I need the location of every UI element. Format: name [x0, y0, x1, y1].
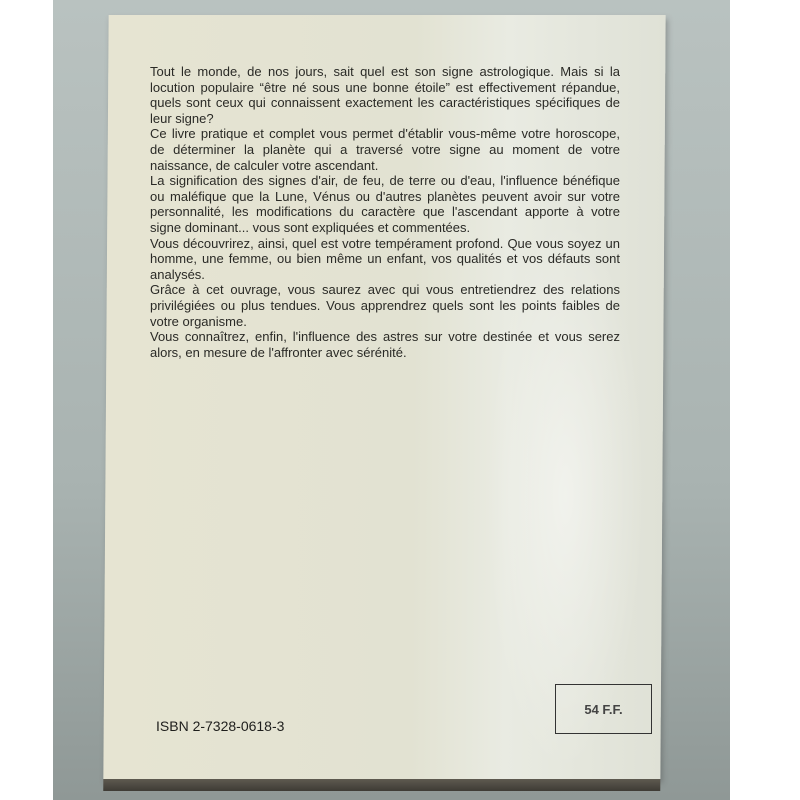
blurb-paragraph: Tout le monde, de nos jours, sait quel e… — [150, 64, 620, 126]
price-label: 54 F.F. — [584, 702, 622, 717]
blurb-paragraph: Ce livre pratique et complet vous permet… — [150, 126, 620, 173]
isbn-label: ISBN 2-7328-0618-3 — [156, 718, 284, 734]
blurb-paragraph: La signification des signes d'air, de fe… — [150, 173, 620, 235]
blurb-paragraph: Vous connaîtrez, enfin, l'influence des … — [150, 329, 620, 360]
blurb-paragraph: Grâce à cet ouvrage, vous saurez avec qu… — [150, 282, 620, 329]
blurb-paragraph: Vous découvrirez, ainsi, quel est votre … — [150, 236, 620, 283]
blurb-text: Tout le monde, de nos jours, sait quel e… — [150, 64, 620, 360]
price-box: 54 F.F. — [555, 684, 652, 734]
